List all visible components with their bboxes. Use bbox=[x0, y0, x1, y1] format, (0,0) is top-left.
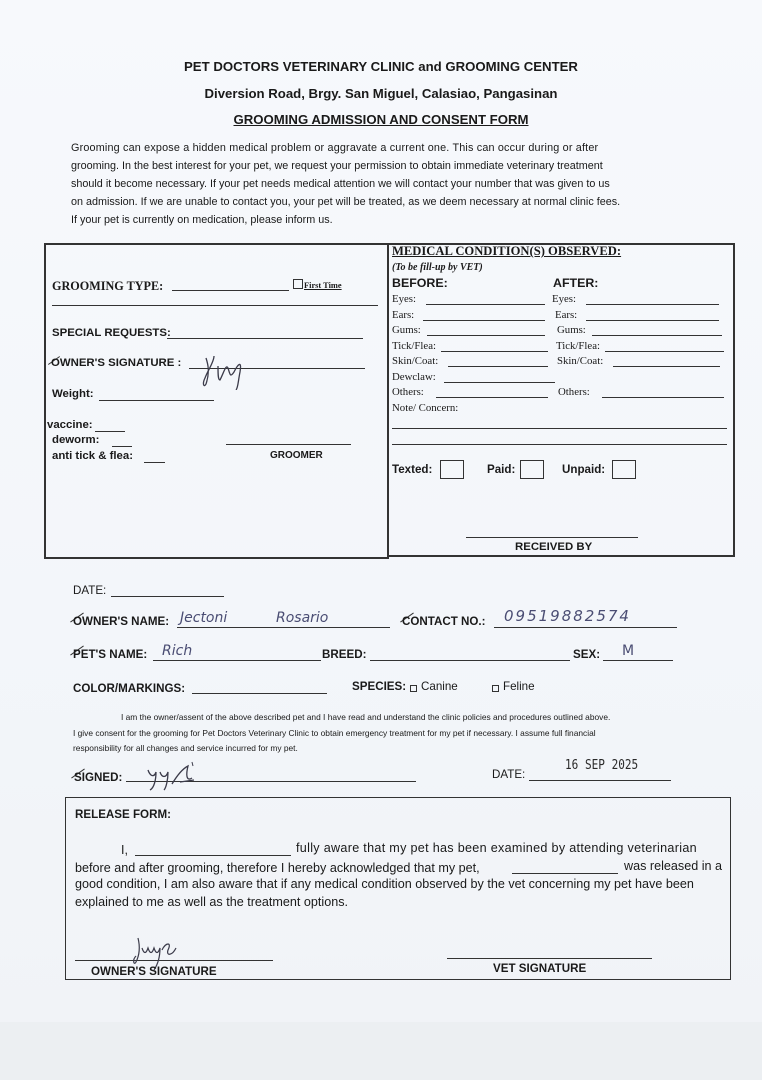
vet-signature-label: VET SIGNATURE bbox=[493, 962, 586, 975]
pet-name-label: PET'S NAME: bbox=[73, 648, 147, 661]
grooming-type-label: GROOMING TYPE: bbox=[52, 279, 163, 294]
owner-name-label: OWNER'S NAME: bbox=[73, 615, 169, 628]
after-label: AFTER: bbox=[553, 276, 598, 290]
note-field-1[interactable] bbox=[392, 428, 727, 429]
consent-line: I give consent for the grooming for Pet … bbox=[73, 728, 596, 738]
before-field-input[interactable] bbox=[423, 320, 545, 321]
species-feline-checkbox[interactable] bbox=[492, 685, 499, 692]
consent-date-field[interactable] bbox=[529, 780, 671, 781]
anti-tick-field[interactable] bbox=[144, 462, 165, 463]
intro-line: grooming. In the best interest for your … bbox=[71, 160, 603, 172]
vaccine-field[interactable] bbox=[95, 431, 125, 432]
after-field-input[interactable] bbox=[586, 304, 719, 305]
after-field-input[interactable] bbox=[592, 335, 722, 336]
after-field-label: Ears: bbox=[555, 309, 577, 321]
release-line2-suffix: was released in a bbox=[624, 859, 722, 873]
intro-line: should it become necessary. If your pet … bbox=[71, 178, 610, 190]
contact-value[interactable]: 09519882574 bbox=[504, 607, 631, 625]
first-time-checkbox[interactable] bbox=[293, 279, 303, 289]
before-field-label: Ears: bbox=[392, 309, 414, 321]
release-line1-prefix: I, bbox=[121, 843, 128, 857]
after-field-input[interactable] bbox=[605, 351, 724, 352]
after-field-label: Eyes: bbox=[552, 293, 576, 305]
before-field-input[interactable] bbox=[427, 335, 545, 336]
pet-name-field[interactable] bbox=[153, 660, 321, 661]
received-by-label: RECEIVED BY bbox=[515, 541, 592, 553]
paid-checkbox[interactable] bbox=[520, 460, 544, 479]
after-field-label: Gums: bbox=[557, 324, 586, 336]
received-by-field[interactable] bbox=[466, 537, 638, 538]
consent-line: responsibility for all changes and servi… bbox=[73, 743, 298, 753]
sex-label: SEX: bbox=[573, 648, 600, 661]
grooming-type-field[interactable] bbox=[172, 290, 289, 291]
contact-field[interactable] bbox=[494, 627, 677, 628]
release-title: RELEASE FORM: bbox=[75, 808, 171, 821]
owner-name-field[interactable] bbox=[177, 627, 390, 628]
texted-label: Texted: bbox=[392, 463, 432, 476]
vet-signature-field[interactable] bbox=[447, 958, 652, 959]
after-field-input[interactable] bbox=[613, 366, 720, 367]
signed-signature-mark bbox=[142, 760, 212, 792]
weight-label: Weight: bbox=[52, 388, 94, 400]
scan-margin bbox=[0, 1022, 762, 1080]
release-owner-signature-label: OWNER'S SIGNATURE bbox=[91, 965, 217, 978]
grooming-type-field-2[interactable] bbox=[52, 305, 378, 306]
release-line4: explained to me as well as the treatment… bbox=[75, 895, 348, 909]
note-field-2[interactable] bbox=[392, 444, 727, 445]
contact-label: CONTACT NO.: bbox=[402, 615, 486, 628]
date-label: DATE: bbox=[73, 584, 106, 597]
breed-label: BREED: bbox=[322, 648, 366, 661]
before-field-label: Eyes: bbox=[392, 293, 416, 305]
texted-checkbox[interactable] bbox=[440, 460, 464, 479]
clinic-name: PET DOCTORS VETERINARY CLINIC and GROOMI… bbox=[0, 59, 762, 74]
release-line2-prefix: before and after grooming, therefore I h… bbox=[75, 861, 480, 875]
form-title: GROOMING ADMISSION AND CONSENT FORM bbox=[0, 112, 762, 127]
before-field-label: Gums: bbox=[392, 324, 421, 336]
before-label: BEFORE: bbox=[392, 276, 448, 290]
sex-field[interactable] bbox=[603, 660, 673, 661]
before-field-label: Tick/Flea: bbox=[392, 340, 436, 352]
clinic-address: Diversion Road, Brgy. San Miguel, Calasi… bbox=[0, 86, 762, 101]
groomer-signature-field[interactable] bbox=[226, 444, 351, 445]
deworm-field[interactable] bbox=[112, 446, 132, 447]
consent-line: I am the owner/assent of the above descr… bbox=[121, 712, 610, 722]
before-field-label: Dewclaw: bbox=[392, 371, 436, 383]
after-field-input[interactable] bbox=[602, 397, 724, 398]
vaccine-label: vaccine: bbox=[47, 419, 93, 431]
unpaid-checkbox[interactable] bbox=[612, 460, 636, 479]
after-field-label: Tick/Flea: bbox=[556, 340, 600, 352]
color-markings-label: COLOR/MARKINGS: bbox=[73, 682, 185, 695]
release-line3: good condition, I am also aware that if … bbox=[75, 877, 694, 891]
date-field[interactable] bbox=[111, 596, 224, 597]
signed-label: SIGNED: bbox=[74, 771, 122, 784]
species-canine-checkbox[interactable] bbox=[410, 685, 417, 692]
release-owner-name-field[interactable] bbox=[135, 855, 291, 856]
release-line1-suffix: fully aware that my pet has been examine… bbox=[296, 841, 697, 855]
special-requests-label: SPECIAL REQUESTS: bbox=[52, 327, 171, 339]
before-field-input[interactable] bbox=[444, 382, 555, 383]
medical-box bbox=[387, 243, 735, 557]
medical-title: MEDICAL CONDITION(S) OBSERVED: bbox=[392, 244, 621, 259]
after-field-label: Others: bbox=[558, 386, 590, 398]
owner-first-name-value[interactable]: Jectoni bbox=[180, 610, 227, 626]
sex-value[interactable]: M bbox=[622, 643, 634, 659]
consent-date-stamp: 16 SEP 2025 bbox=[565, 758, 638, 773]
note-label: Note/ Concern: bbox=[392, 402, 458, 414]
species-canine-label: Canine bbox=[421, 680, 458, 693]
color-markings-field[interactable] bbox=[192, 693, 327, 694]
deworm-label: deworm: bbox=[52, 434, 99, 446]
medical-subtitle: (To be fill-up by VET) bbox=[392, 262, 483, 273]
before-field-input[interactable] bbox=[436, 397, 548, 398]
release-pet-name-field[interactable] bbox=[512, 873, 618, 874]
paid-label: Paid: bbox=[487, 463, 515, 476]
special-requests-field[interactable] bbox=[167, 338, 363, 339]
pet-name-value[interactable]: Rich bbox=[162, 643, 192, 659]
owner-signature-mark bbox=[196, 350, 256, 390]
intro-line: Grooming can expose a hidden medical pro… bbox=[71, 142, 598, 154]
owner-signature-label: OWNER'S SIGNATURE : bbox=[51, 357, 181, 369]
species-feline-label: Feline bbox=[503, 680, 535, 693]
before-field-label: Others: bbox=[392, 386, 424, 398]
consent-date-label: DATE: bbox=[492, 768, 525, 781]
groomer-label: GROOMER bbox=[270, 450, 323, 461]
intro-line: on admission. If we are unable to contac… bbox=[71, 196, 620, 208]
after-field-label: Skin/Coat: bbox=[557, 355, 603, 367]
unpaid-label: Unpaid: bbox=[562, 463, 605, 476]
after-field-input[interactable] bbox=[586, 320, 719, 321]
owner-last-name-value[interactable]: Rosario bbox=[276, 610, 328, 626]
before-field-label: Skin/Coat: bbox=[392, 355, 438, 367]
first-time-label: First Time bbox=[304, 281, 342, 290]
before-field-input[interactable] bbox=[448, 366, 548, 367]
before-field-input[interactable] bbox=[441, 351, 548, 352]
species-label: SPECIES: bbox=[352, 680, 406, 693]
anti-tick-label: anti tick & flea: bbox=[52, 450, 133, 462]
weight-field[interactable] bbox=[99, 400, 214, 401]
before-field-input[interactable] bbox=[426, 304, 545, 305]
intro-line: If your pet is currently on medication, … bbox=[71, 214, 333, 226]
breed-field[interactable] bbox=[370, 660, 570, 661]
